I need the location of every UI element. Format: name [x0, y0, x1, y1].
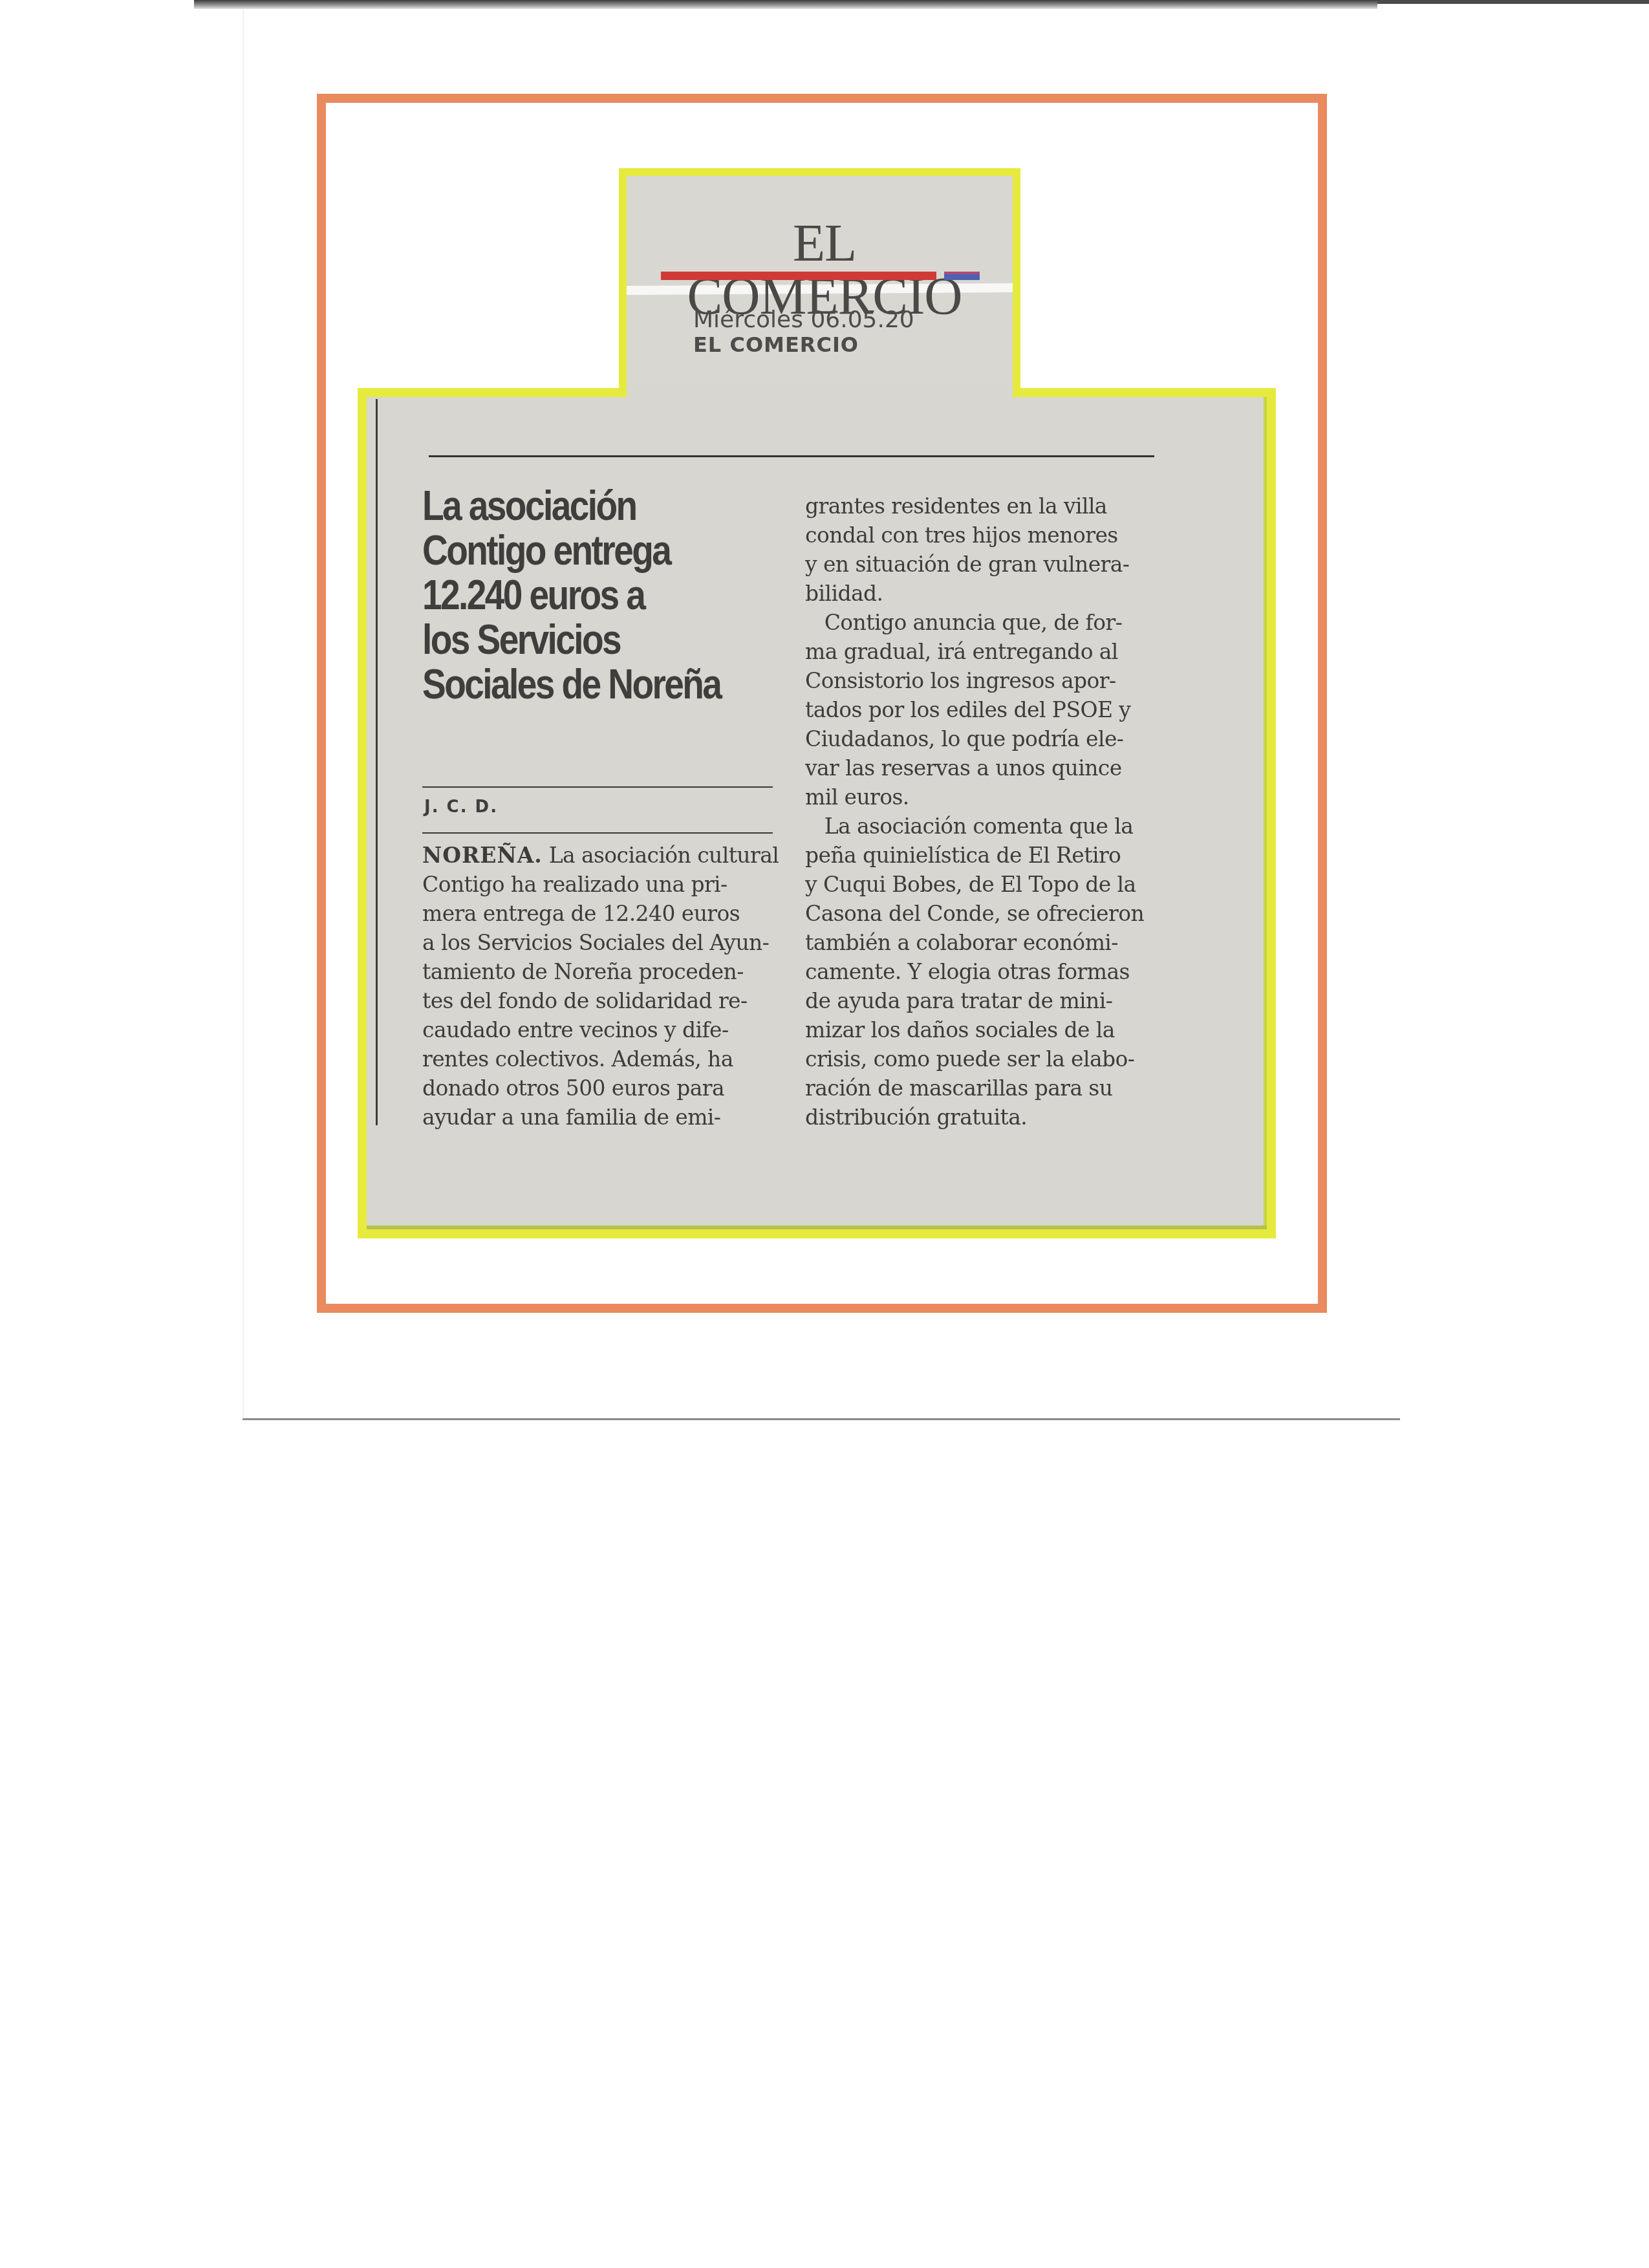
top-rule	[429, 455, 1154, 457]
paper-edge-left	[242, 9, 244, 1419]
column-rule	[376, 399, 378, 1125]
article-headline: La asociación Contigo entrega 12.240 eur…	[422, 484, 734, 707]
article-column-right: grantes residentes en la villa condal co…	[805, 491, 1144, 1132]
dateline-location: NOREÑA.	[422, 843, 543, 868]
clipping-join	[627, 385, 1013, 398]
publication-name: EL COMERCIO	[693, 333, 914, 357]
byline-rule-bottom	[422, 832, 773, 834]
dateline: Miércoles 06.05.20 EL COMERCIO	[693, 307, 914, 357]
masthead-red-bar	[661, 272, 936, 280]
article-column-left: NOREÑA. La asociación cultural Contigo h…	[422, 841, 779, 1132]
masthead-blue-bar	[944, 272, 980, 280]
byline: J. C. D.	[424, 797, 498, 817]
scan-edge-smear	[194, 0, 1377, 9]
publication-date: Miércoles 06.05.20	[693, 307, 914, 333]
scan-edge-smear	[1377, 0, 1649, 4]
left-column-text: La asociación cultural Contigo ha realiz…	[422, 843, 779, 1130]
right-column-text: grantes residentes en la villa condal co…	[805, 493, 1144, 1130]
byline-rule-top	[422, 786, 773, 788]
paper-edge-bottom	[242, 1418, 1400, 1420]
